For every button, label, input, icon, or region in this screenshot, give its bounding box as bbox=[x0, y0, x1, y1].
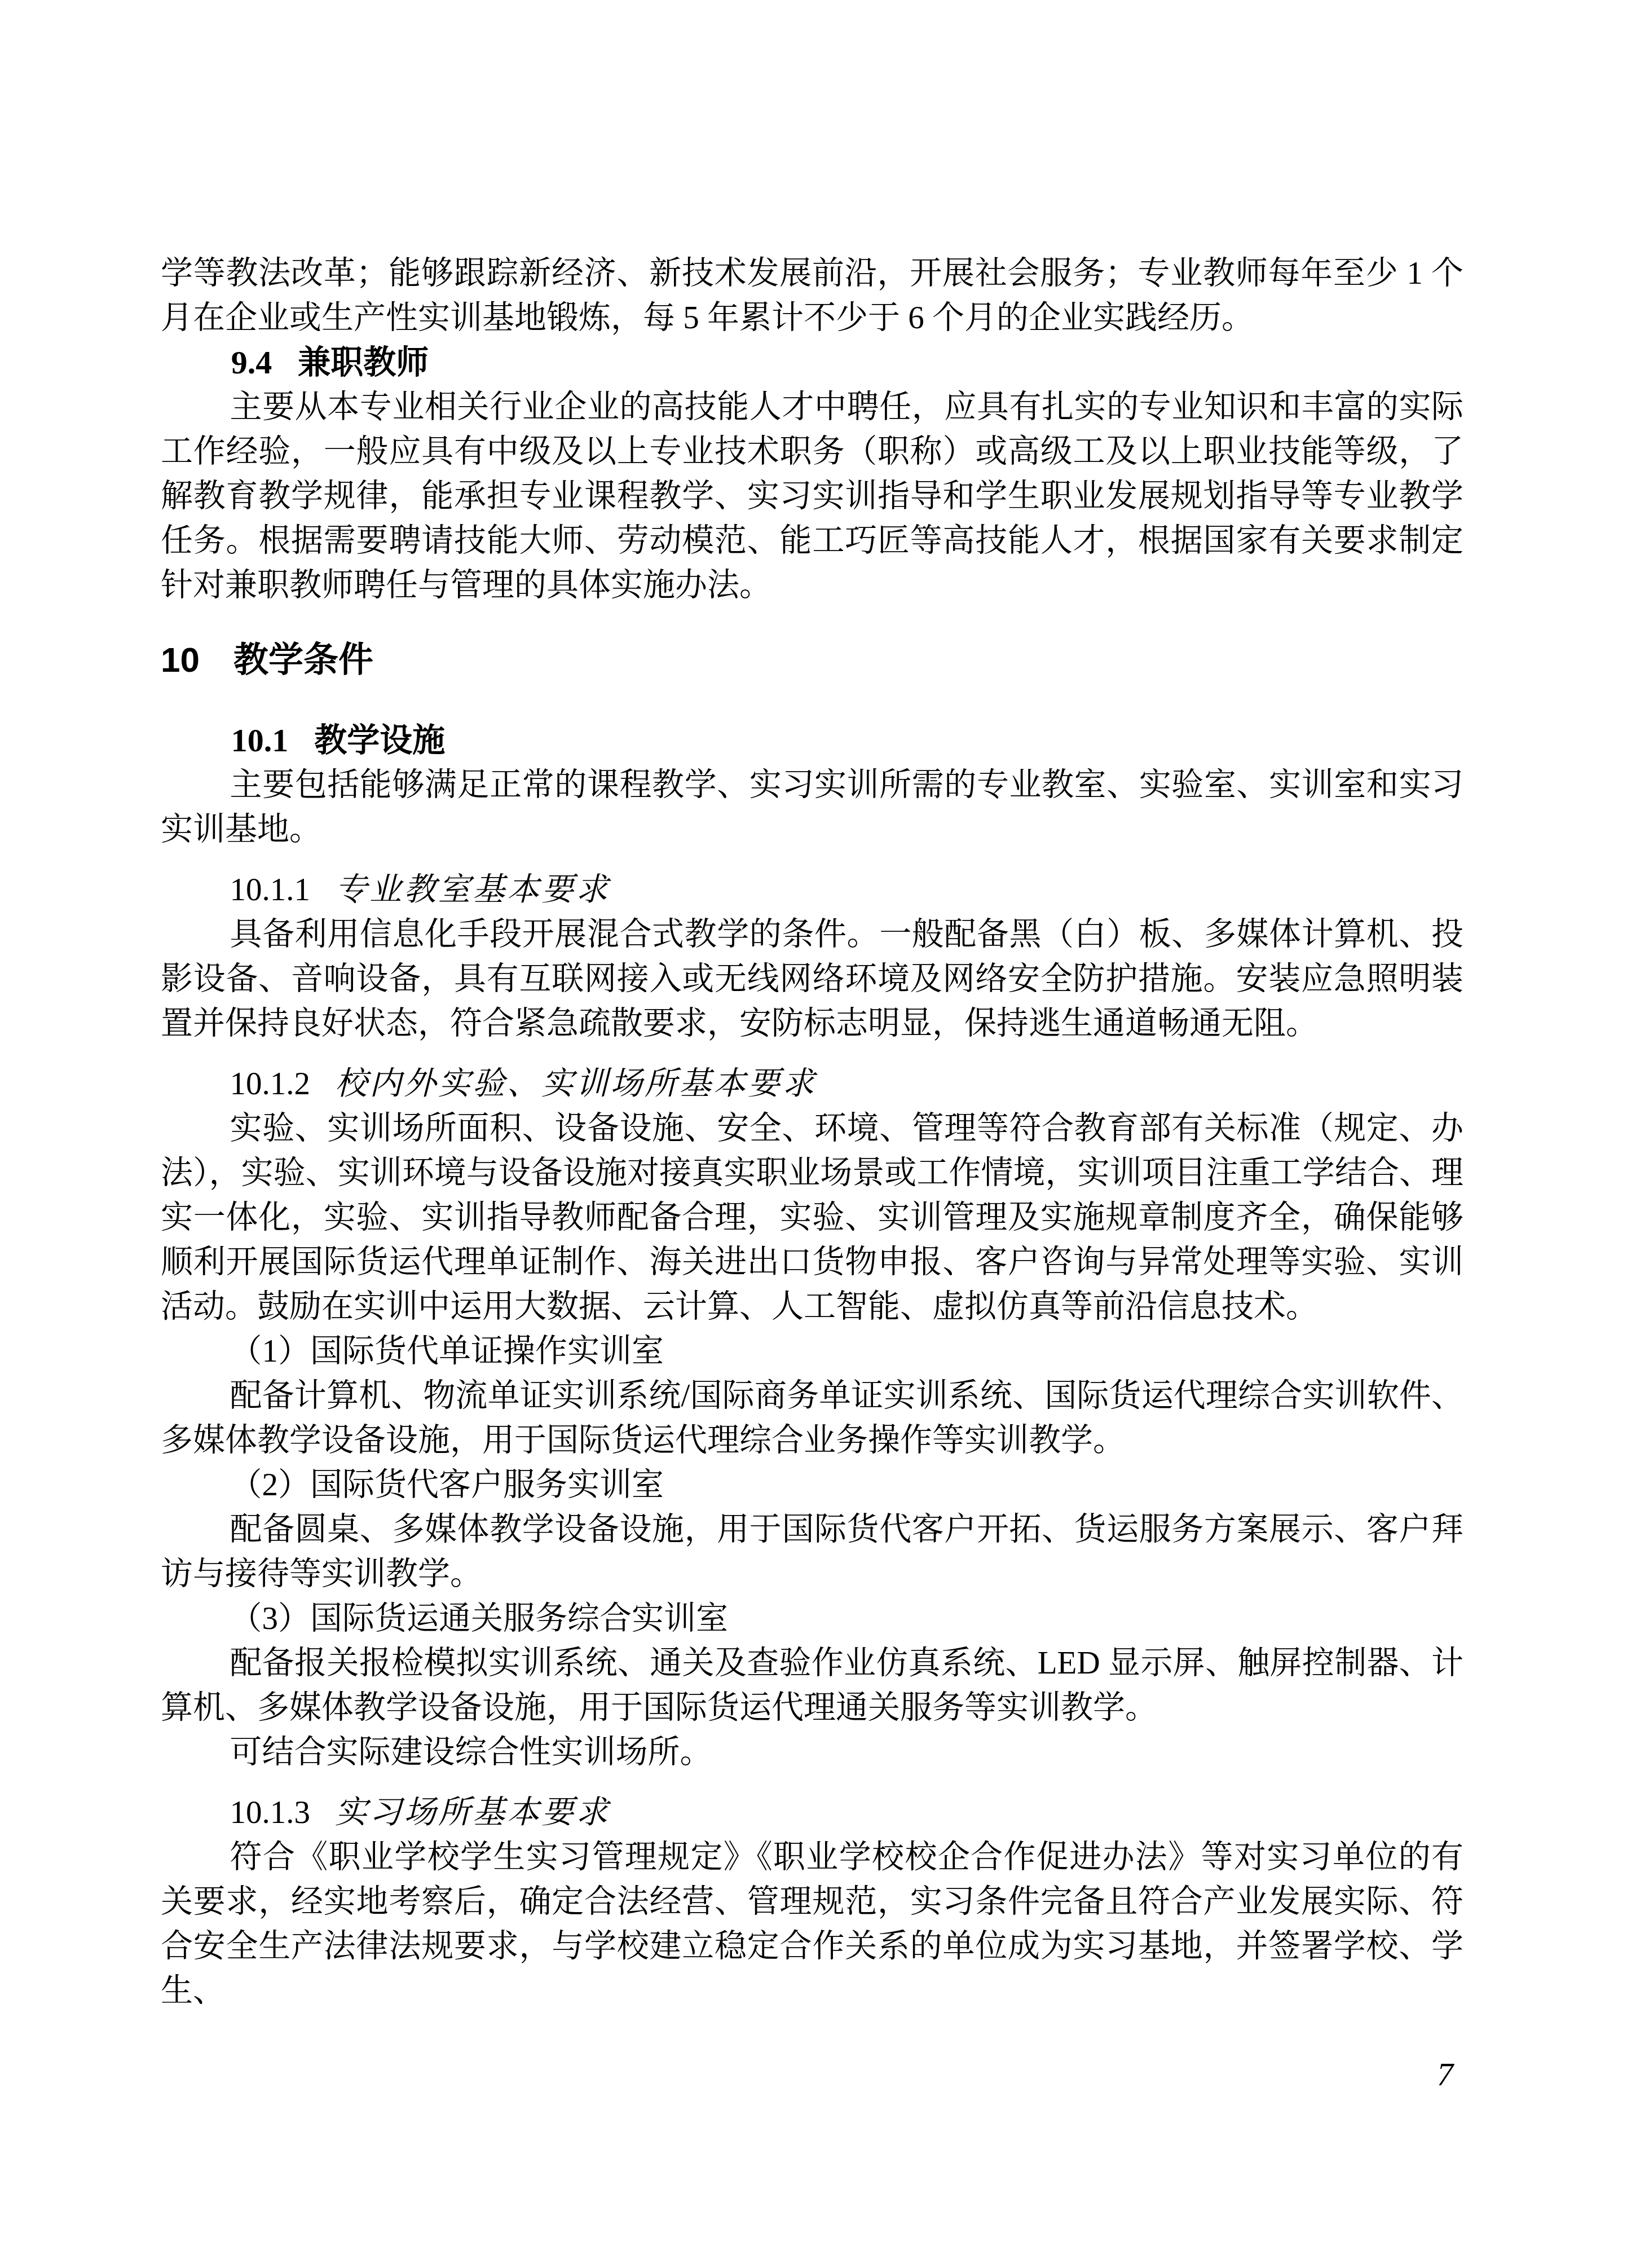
heading-10-1-3-number: 10.1.3 bbox=[230, 1795, 311, 1830]
paragraph-item-2-detail: 配备圆桌、多媒体教学设备设施，用于国际货代客户开拓、货运服务方案展示、客户拜访与… bbox=[161, 1507, 1463, 1596]
heading-10-1-2: 10.1.2校内外实验、实训场所基本要求 bbox=[161, 1062, 1463, 1106]
document-page: 学等教法改革；能够跟踪新经济、新技术发展前沿，开展社会服务；专业教师每年至少 1… bbox=[0, 0, 1627, 2268]
heading-10-1-label: 教学设施 bbox=[314, 722, 445, 759]
paragraph-item-1-detail: 配备计算机、物流单证实训系统/国际商务单证实训系统、国际货运代理综合实训软件、多… bbox=[161, 1373, 1463, 1463]
heading-10-1-1-label: 专业教室基本要求 bbox=[335, 872, 610, 908]
heading-10-1-3-label: 实习场所基本要求 bbox=[335, 1795, 610, 1830]
heading-9-4-number: 9.4 bbox=[231, 344, 272, 381]
heading-10: 10教学条件 bbox=[161, 638, 1463, 683]
heading-9-4-label: 兼职教师 bbox=[298, 344, 429, 381]
paragraph-comprehensive-site: 可结合实际建设综合性实训场所。 bbox=[161, 1730, 1463, 1774]
list-item-1: （1）国际货代单证操作实训室 bbox=[161, 1329, 1463, 1373]
heading-10-label: 教学条件 bbox=[233, 641, 373, 680]
paragraph-part-time-teachers: 主要从本专业相关行业企业的高技能人才中聘任，应具有扎实的专业知识和丰富的实际工作… bbox=[161, 385, 1463, 607]
paragraph-teaching-facilities-intro: 主要包括能够满足正常的课程教学、实习实训所需的专业教室、实验室、实训室和实习实训… bbox=[161, 763, 1463, 852]
heading-10-1-number: 10.1 bbox=[231, 722, 289, 759]
heading-10-1: 10.1教学设施 bbox=[161, 718, 1463, 763]
heading-9-4: 9.4兼职教师 bbox=[161, 340, 1463, 385]
list-item-3: （3）国际货运通关服务综合实训室 bbox=[161, 1596, 1463, 1641]
paragraph-internship-site-requirements: 符合《职业学校学生实习管理规定》《职业学校校企合作促进办法》等对实习单位的有关要… bbox=[161, 1835, 1463, 2013]
heading-10-1-1-number: 10.1.1 bbox=[230, 872, 311, 908]
heading-10-1-1: 10.1.1专业教室基本要求 bbox=[161, 867, 1463, 912]
heading-10-1-3: 10.1.3实习场所基本要求 bbox=[161, 1790, 1463, 1835]
page-number: 7 bbox=[1437, 2058, 1453, 2091]
heading-10-number: 10 bbox=[161, 641, 200, 680]
paragraph-continuation: 学等教法改革；能够跟踪新经济、新技术发展前沿，开展社会服务；专业教师每年至少 1… bbox=[161, 251, 1463, 340]
heading-10-1-2-number: 10.1.2 bbox=[230, 1066, 311, 1102]
heading-10-1-2-label: 校内外实验、实训场所基本要求 bbox=[335, 1066, 817, 1102]
paragraph-item-3-detail: 配备报关报检模拟实训系统、通关及查验作业仿真系统、LED 显示屏、触屏控制器、计… bbox=[161, 1641, 1463, 1730]
paragraph-classroom-requirements: 具备利用信息化手段开展混合式教学的条件。一般配备黑（白）板、多媒体计算机、投影设… bbox=[161, 912, 1463, 1046]
paragraph-training-site-requirements: 实验、实训场所面积、设备设施、安全、环境、管理等符合教育部有关标准（规定、办法）… bbox=[161, 1106, 1463, 1329]
list-item-2: （2）国际货代客户服务实训室 bbox=[161, 1463, 1463, 1507]
